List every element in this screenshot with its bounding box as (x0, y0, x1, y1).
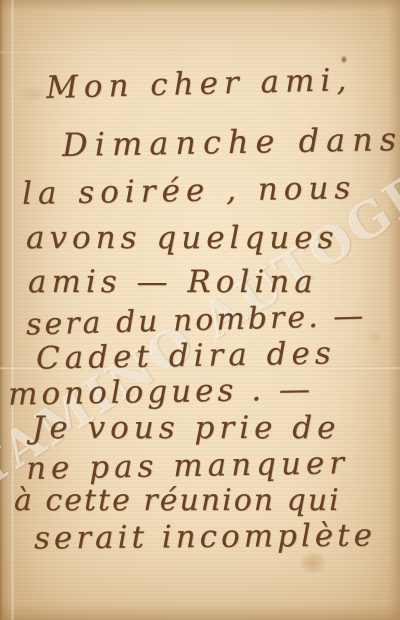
paper-fold-vertical (10, 0, 15, 620)
letter-line: à cette réunion qui (14, 483, 341, 518)
letter-line: amis — Rolina (28, 264, 318, 300)
letter-line: monologues . — (8, 371, 314, 412)
stain-spot (300, 552, 326, 574)
paper-crease-top (0, 50, 220, 54)
letter-line: ne pas manquer (26, 445, 350, 487)
letter-line: Cadet dira des (36, 335, 336, 376)
stain-smudge (18, 86, 48, 102)
letter-line: Dimanche dans (62, 120, 400, 164)
letter-line: Je vous prie de (32, 410, 341, 446)
stain-spot (366, 330, 384, 344)
letter-line: serait incomplète (34, 518, 376, 557)
letter-line: la soirée , nous (22, 170, 357, 212)
letter-line: avons quelques (26, 220, 339, 256)
letter-photo: TAMINO AUTOGRAPHS Mon cher ami, Dimanche… (0, 0, 400, 620)
